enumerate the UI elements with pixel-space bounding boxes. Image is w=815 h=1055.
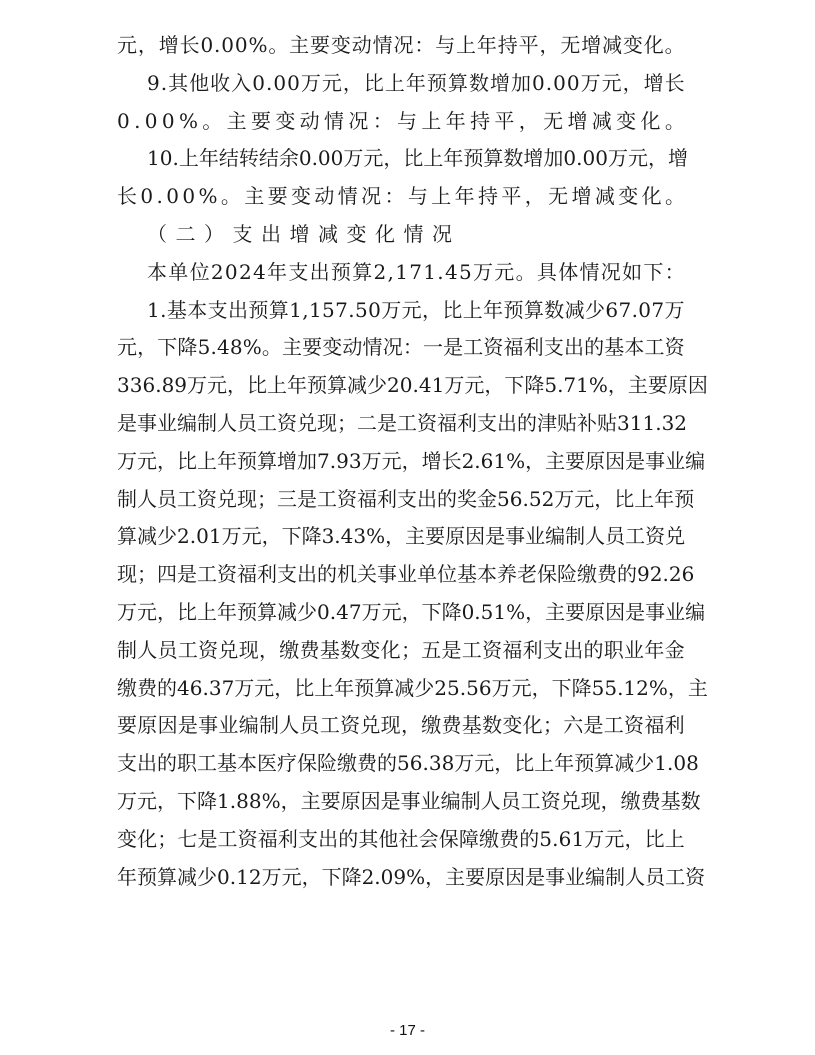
text-line: 制人员工资兑现，缴费基数变化；五是工资福利支出的职业年金 xyxy=(117,632,685,670)
text-line: 元，下降5.48%。主要变动情况：一是工资福利支出的基本工资 xyxy=(117,329,685,367)
text-line: 变化；七是工资福利支出的其他社会保障缴费的5.61万元，比上 xyxy=(117,821,685,859)
text-line: 算减少2.01万元，下降3.43%，主要原因是事业编制人员工资兑 xyxy=(117,518,685,556)
body-text: 元，增长0.00%。主要变动情况：与上年持平，无增减变化。 9.其他收入0.00… xyxy=(117,27,685,896)
page-number: - 17 - xyxy=(0,1022,815,1039)
text-line: 制人员工资兑现；三是工资福利支出的奖金56.52万元，比上年预 xyxy=(117,481,685,519)
text-line: 万元，比上年预算增加7.93万元，增长2.61%，主要原因是事业编 xyxy=(117,443,685,481)
document-page: 元，增长0.00%。主要变动情况：与上年持平，无增减变化。 9.其他收入0.00… xyxy=(0,0,815,1055)
section-heading: （二）支出增减变化情况 xyxy=(117,216,685,254)
text-line: 现；四是工资福利支出的机关事业单位基本养老保险缴费的92.26 xyxy=(117,556,685,594)
text-line: 长0.00%。主要变动情况：与上年持平，无增减变化。 xyxy=(117,178,685,216)
text-line: 元，增长0.00%。主要变动情况：与上年持平，无增减变化。 xyxy=(117,27,685,65)
text-line: 0.00%。主要变动情况：与上年持平，无增减变化。 xyxy=(117,103,685,141)
text-line: 是事业编制人员工资兑现；二是工资福利支出的津贴补贴311.32 xyxy=(117,405,685,443)
text-line: 万元，下降1.88%，主要原因是事业编制人员工资兑现，缴费基数 xyxy=(117,783,685,821)
text-line: 336.89万元，比上年预算减少20.41万元，下降5.71%，主要原因 xyxy=(117,367,685,405)
text-line: 支出的职工基本医疗保险缴费的56.38万元，比上年预算减少1.08 xyxy=(117,745,685,783)
text-line: 1.基本支出预算1,157.50万元，比上年预算数减少67.07万 xyxy=(117,292,685,330)
text-line: 万元，比上年预算减少0.47万元，下降0.51%，主要原因是事业编 xyxy=(117,594,685,632)
text-line: 年预算减少0.12万元，下降2.09%，主要原因是事业编制人员工资 xyxy=(117,859,685,897)
text-line: 本单位2024年支出预算2,171.45万元。具体情况如下： xyxy=(117,254,685,292)
text-line: 缴费的46.37万元，比上年预算减少25.56万元，下降55.12%，主 xyxy=(117,670,685,708)
text-line: 10.上年结转结余0.00万元，比上年预算数增加0.00万元，增 xyxy=(117,140,685,178)
text-line: 要原因是事业编制人员工资兑现，缴费基数变化；六是工资福利 xyxy=(117,707,685,745)
text-line: 9.其他收入0.00万元，比上年预算数增加0.00万元，增长 xyxy=(117,65,685,103)
